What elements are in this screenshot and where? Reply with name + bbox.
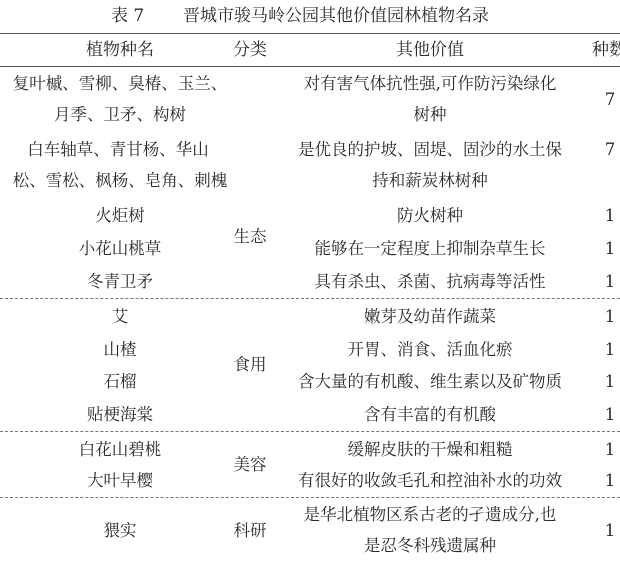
value-text: 含有丰富的有机酸 (270, 398, 590, 431)
value-text-cont: 树种 (270, 99, 590, 130)
plant-names: 山楂 (0, 333, 240, 366)
caption-number: 表 7 (111, 2, 144, 30)
plant-names: 贴梗海棠 (0, 398, 240, 431)
plant-names: 白花山碧桃 (0, 433, 240, 466)
plant-names: 冬青卫矛 (0, 265, 240, 298)
species-count: 1 (590, 199, 620, 232)
value-text: 嫩芽及幼苗作蔬菜 (270, 300, 590, 333)
plant-names-cont: 松、雪松、枫杨、皂角、刺槐 (0, 165, 240, 196)
value-text: 防火树种 (270, 199, 590, 232)
species-count: 7 (590, 134, 620, 165)
plant-names-cont: 月季、卫矛、构树 (0, 99, 240, 130)
plant-names: 白车轴草、青甘杨、华山 (0, 134, 236, 165)
value-text: 能够在一定程度上抑制杂草生长 (270, 232, 590, 265)
species-count: 1 (590, 464, 620, 497)
plant-names: 复叶槭、雪柳、臭椿、玉兰、 (0, 68, 240, 99)
header-count: 种数 (592, 34, 620, 67)
caption-title: 晋城市骏马岭公园其他价值园林植物名录 (183, 2, 489, 30)
species-count: 1 (590, 398, 620, 431)
group-divider (0, 431, 620, 432)
species-count: 1 (590, 300, 620, 333)
plant-names: 火炬树 (0, 199, 240, 232)
value-text: 具有杀虫、杀菌、抗病毒等活性 (270, 265, 590, 298)
header-other-value: 其他价值 (270, 34, 590, 67)
plant-names: 石榴 (0, 365, 240, 398)
table-caption: 表 7 晋城市骏马岭公园其他价值园林植物名录 (0, 2, 620, 30)
value-text: 对有害气体抗性强,可作防污染绿化 (270, 68, 590, 99)
value-text: 是华北植物区系古老的孑遗成分,也 (270, 499, 590, 530)
species-count: 1 (590, 265, 620, 298)
header-plant-name: 植物种名 (0, 34, 240, 67)
value-text: 缓解皮肤的干燥和粗糙 (270, 433, 590, 466)
value-text: 含大量的有机酸、维生素以及矿物质 (270, 365, 590, 398)
value-text: 是优良的护坡、固堤、固沙的水土保 (270, 134, 590, 165)
group-divider (0, 298, 620, 299)
header-rule (0, 66, 620, 67)
species-count: 1 (590, 333, 620, 366)
plant-names: 猥实 (0, 514, 240, 547)
value-text: 开胃、消食、活血化瘀 (270, 333, 590, 366)
value-text: 有很好的收敛毛孔和控油补水的功效 (270, 464, 590, 497)
species-count: 1 (590, 232, 620, 265)
species-count: 1 (590, 433, 620, 466)
plant-names: 小花山桃草 (0, 232, 240, 265)
header-category: 分类 (230, 34, 270, 67)
plant-names: 艾 (0, 300, 240, 333)
group-divider (0, 497, 620, 498)
plant-names: 大叶早樱 (0, 464, 240, 497)
value-text-cont: 持和薪炭林树种 (270, 165, 590, 196)
species-count: 7 (590, 84, 620, 115)
species-count: 1 (590, 514, 620, 547)
species-count: 1 (590, 365, 620, 398)
value-text-cont: 是忍冬科残遗属种 (270, 530, 590, 561)
